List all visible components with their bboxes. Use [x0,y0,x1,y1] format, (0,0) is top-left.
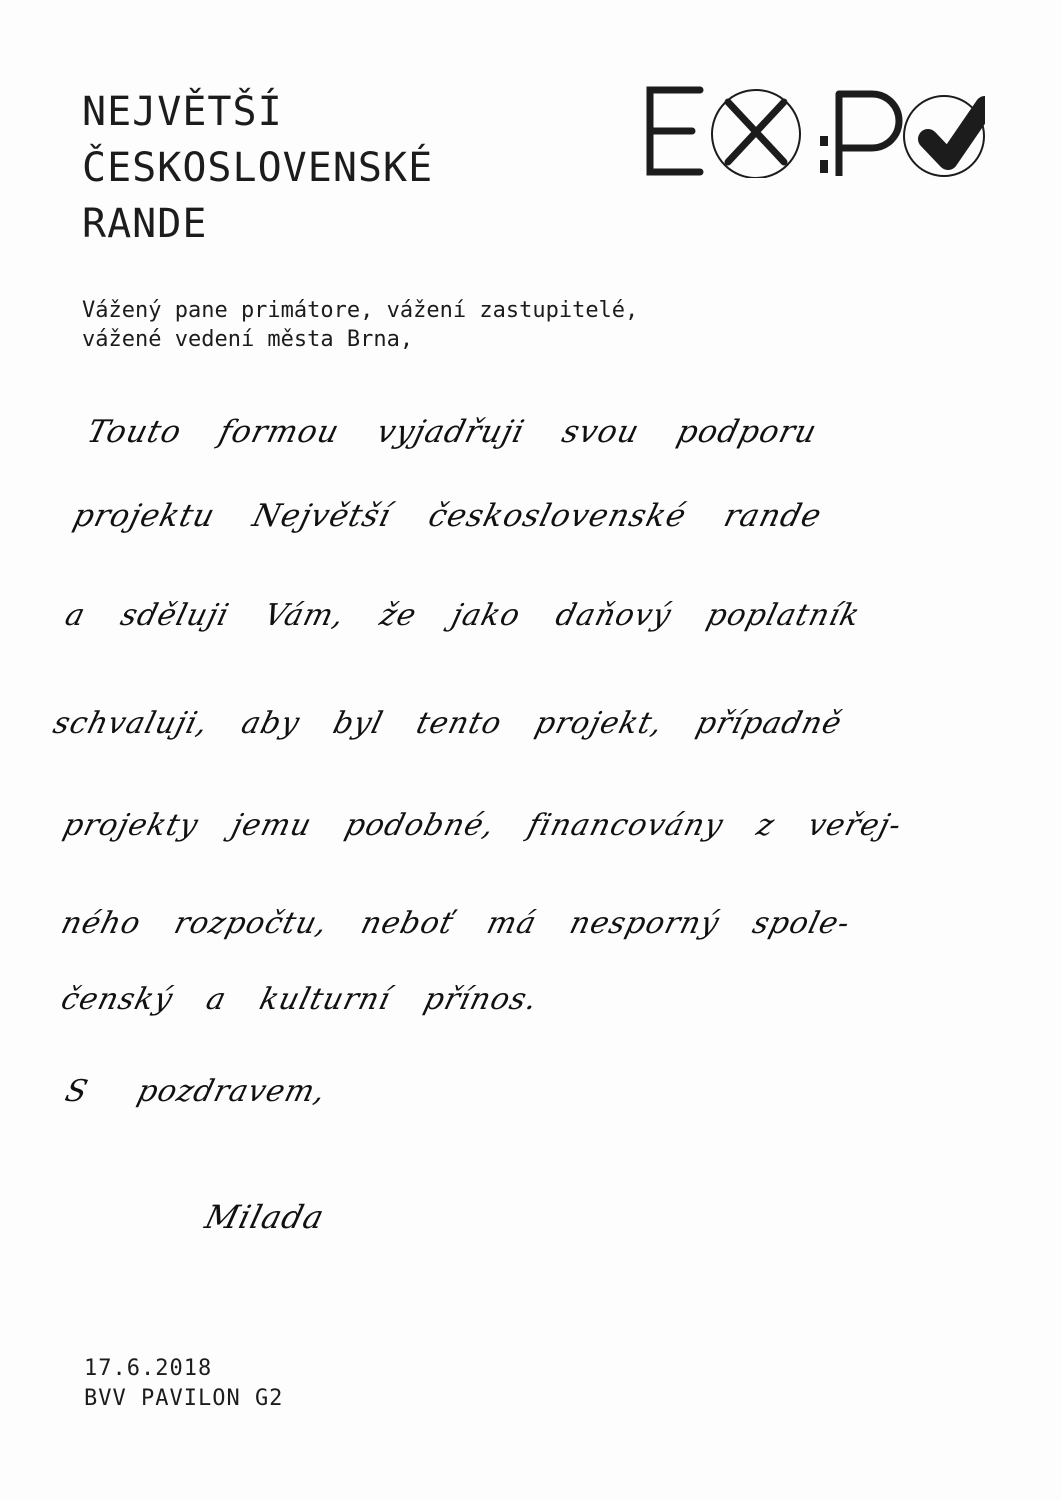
handwritten-line-3: a sděluji Vám, že jako daňový poplatník [62,598,864,633]
handwritten-closing: S pozdravem, [62,1074,330,1109]
handwritten-line-1: Touto formou vyjadřuji svou podporu [84,414,821,450]
handwritten-signature: Milada [201,1198,328,1236]
handwritten-line-4: schvaluji, aby byl tento projekt, případ… [50,706,846,741]
handwritten-line-2: projektu Největší československé rande [70,498,826,534]
handwritten-line-6: ného rozpočtu, neboť má nesporný spole- [58,906,854,941]
letter-page: NEJVĚTŠÍ ČESKOSLOVENSKÉ RANDE Vážený pan… [0,0,1061,1500]
handwritten-line-7: čenský a kulturní přínos. [58,982,542,1017]
event-venue: BVV PAVILON G2 [84,1384,283,1414]
handwritten-line-5: projekty jemu podobné, financovány z veř… [60,808,906,843]
event-info: 17.6.2018 BVV PAVILON G2 [84,1354,283,1414]
event-date: 17.6.2018 [84,1354,283,1384]
handwritten-body: Touto formou vyjadřuji svou podporu proj… [0,0,1061,1500]
